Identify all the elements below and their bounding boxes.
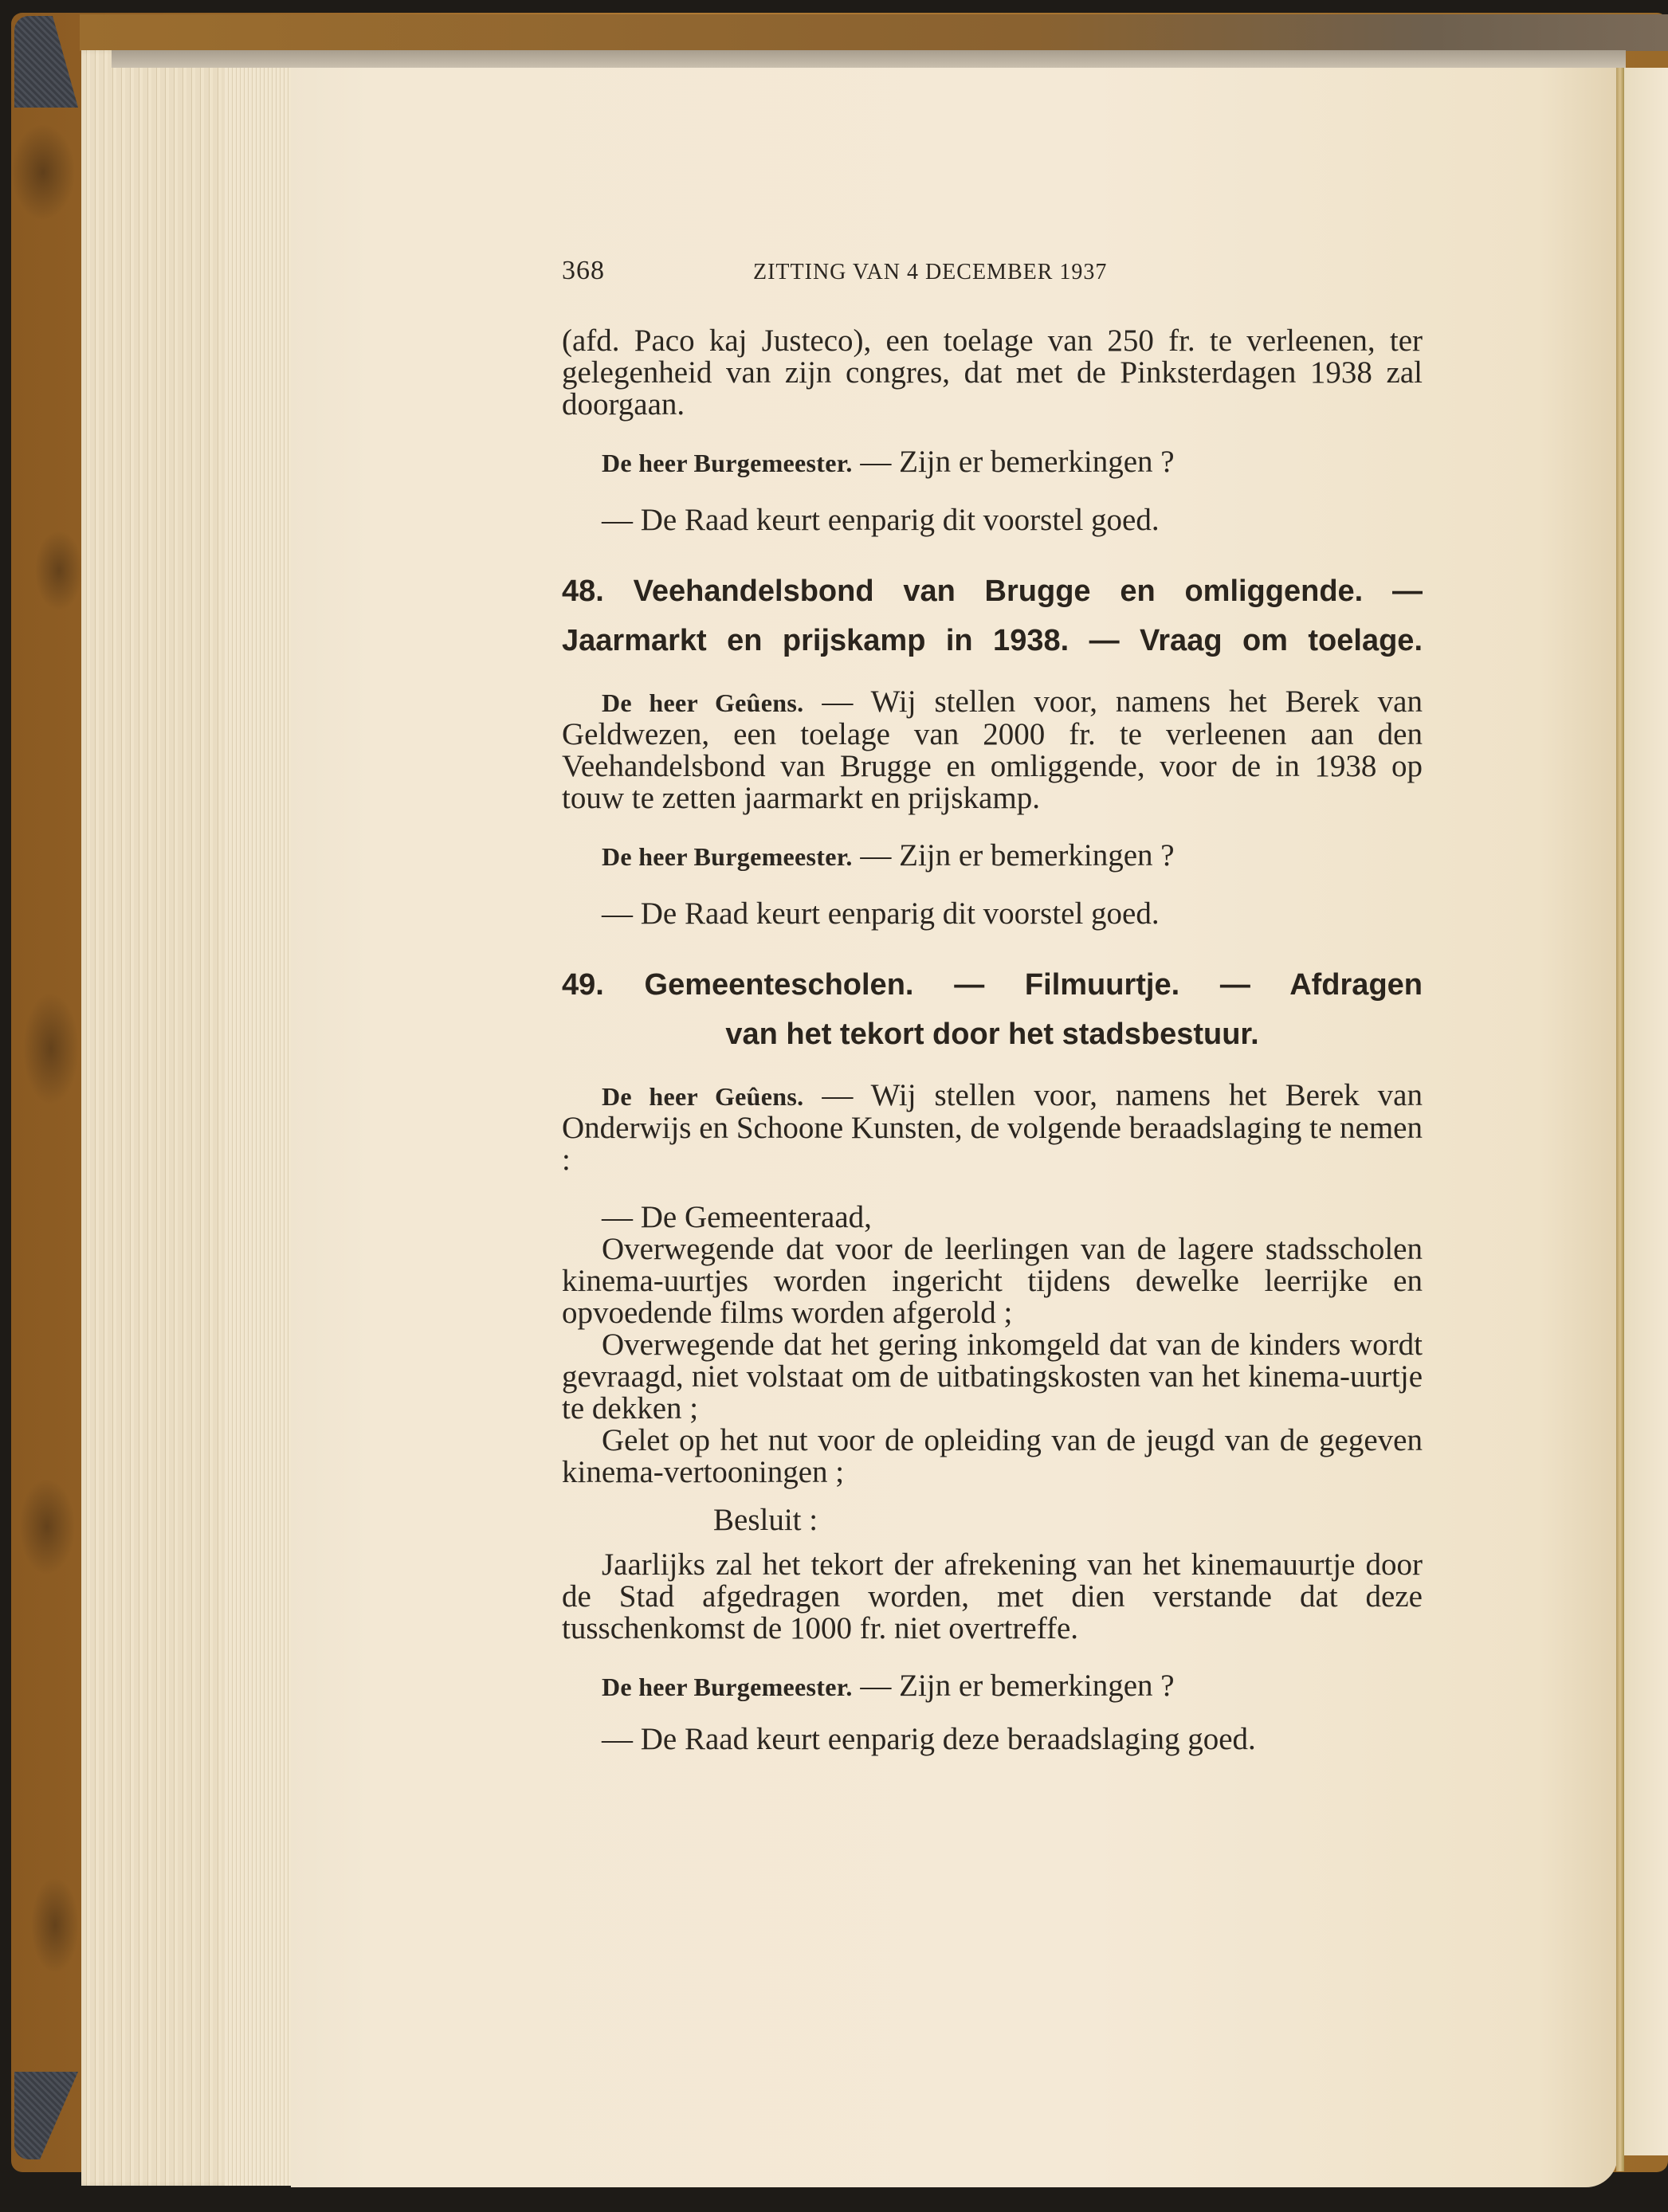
council-intro: — De Gemeenteraad, xyxy=(562,1202,1423,1233)
item-49-heading-line1: 49. Gemeentescholen. — Filmuurtje. — Afd… xyxy=(562,960,1423,1010)
speaker-name: De heer Burgemeester. xyxy=(602,449,853,477)
speaker-name: De heer Geûens. xyxy=(602,1082,803,1111)
page-number: 368 xyxy=(562,255,753,287)
item-48-proposal: De heer Geûens. — Wij stellen voor, name… xyxy=(562,686,1423,814)
item-49-heading: 49. Gemeentescholen. — Filmuurtje. — Afd… xyxy=(562,960,1423,1059)
mayor-remark: De heer Burgemeester. — Zijn er bemerkin… xyxy=(562,840,1423,873)
remark-text: — Zijn er bemerkingen ? xyxy=(853,445,1175,479)
mayor-remark: De heer Burgemeester. — Zijn er bemerkin… xyxy=(562,446,1423,479)
book-gutter xyxy=(1616,68,1624,2171)
item-49-proposal: De heer Geûens. — Wij stellen voor, name… xyxy=(562,1080,1423,1176)
council-decision: — De Raad keurt eenparig dit voorstel go… xyxy=(562,898,1423,930)
mayor-remark: De heer Burgemeester. — Zijn er bemerkin… xyxy=(562,1670,1423,1703)
item-48-heading: 48. Veehandelsbond van Brugge en omligge… xyxy=(562,567,1423,665)
speaker-name: De heer Burgemeester. xyxy=(602,842,853,871)
item-48-heading-line2: Jaarmarkt en prijskamp in 1938. — Vraag … xyxy=(562,616,1423,665)
besluit-label: Besluit : xyxy=(562,1504,1423,1536)
page-block-edges xyxy=(81,50,304,2186)
page-top-edge xyxy=(112,50,1626,68)
council-decision: — De Raad keurt eenparig dit voorstel go… xyxy=(562,504,1423,536)
running-head: 368 ZITTING VAN 4 DECEMBER 1937 xyxy=(562,255,1423,295)
speaker-name: De heer Burgemeester. xyxy=(602,1673,853,1701)
facing-page-edge xyxy=(1624,68,1668,2155)
book-cover-top-edge xyxy=(80,14,1668,51)
item-48-heading-line1: 48. Veehandelsbond van Brugge en omligge… xyxy=(562,567,1423,616)
item-49-heading-line2: van het tekort door het stadsbestuur. xyxy=(562,1010,1423,1059)
consideration: Overwegende dat voor de leerlingen van d… xyxy=(562,1233,1423,1329)
council-decision: — De Raad keurt eenparig deze beraadslag… xyxy=(562,1724,1423,1755)
continuation-paragraph: (afd. Paco kaj Justeco), een toelage van… xyxy=(562,325,1423,421)
consideration: Overwegende dat het gering inkomgeld dat… xyxy=(562,1329,1423,1425)
page-text-block: 368 ZITTING VAN 4 DECEMBER 1937 (afd. Pa… xyxy=(562,255,1423,1755)
remark-text: — Zijn er bemerkingen ? xyxy=(853,1669,1175,1703)
running-head-title: ZITTING VAN 4 DECEMBER 1937 xyxy=(753,257,1107,288)
besluit-text: Jaarlijks zal het tekort der afrekening … xyxy=(562,1549,1423,1645)
speaker-name: De heer Geûens. xyxy=(602,688,803,717)
consideration: Gelet op het nut voor de opleiding van d… xyxy=(562,1425,1423,1488)
remark-text: — Zijn er bemerkingen ? xyxy=(853,838,1175,873)
